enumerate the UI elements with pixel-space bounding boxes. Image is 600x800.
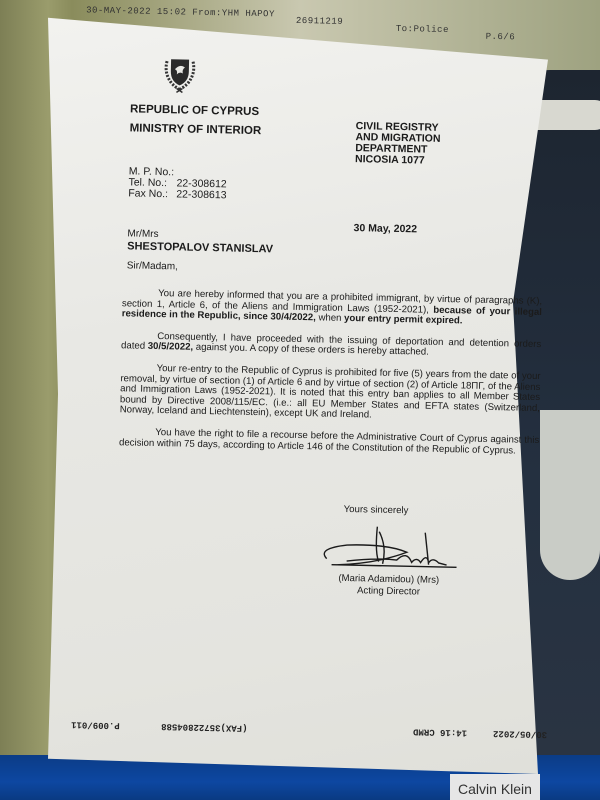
cyprus-coat-of-arms-icon — [159, 55, 200, 94]
footer-fax-id: (FAX)35722804588 — [161, 721, 248, 733]
department-line: NICOSIA 1077 — [355, 154, 440, 167]
addressee: Mr/Mrs SHESTOPALOV STANISLAV — [127, 228, 273, 255]
fax-to: To:Police — [396, 24, 449, 35]
footer-time: 14:16 CRMD — [413, 726, 467, 737]
contact-info: M. P. No.: Tel. No.:22-308612 Fax No.:22… — [128, 166, 227, 201]
fax-value: 22-308613 — [176, 189, 226, 201]
letter-body: You are hereby informed that you are a p… — [119, 288, 542, 468]
signature — [316, 520, 467, 578]
paragraph-prohibited-immigrant: You are hereby informed that you are a p… — [122, 288, 543, 329]
fax-number: 26911219 — [296, 16, 343, 27]
department-address: CIVIL REGISTRY AND MIGRATION DEPARTMENT … — [355, 121, 441, 167]
salutation: Sir/Madam, — [127, 260, 178, 272]
paragraph-entry-ban: Your re-entry to the Republic of Cyprus … — [120, 363, 541, 425]
signer-block: (Maria Adamidou) (Mrs) Acting Director — [326, 573, 451, 600]
letterhead-ministry: MINISTRY OF INTERIOR — [129, 119, 261, 141]
addressee-name: SHESTOPALOV STANISLAV — [127, 240, 273, 255]
letter: 30-MAY-2022 15:02 From:YHM ΗΑΡΟΥ 2691121… — [0, 0, 600, 800]
paragraph-recourse: You have the right to file a recourse be… — [119, 427, 539, 457]
letter-date: 30 May, 2022 — [353, 222, 417, 235]
footer-page: P.009/011 — [71, 719, 120, 730]
paragraph-deportation-orders: Consequently, I have proceeded with the … — [121, 331, 541, 361]
footer-date: 30/05/2022 — [493, 728, 547, 739]
letterhead: REPUBLIC OF CYPRUS MINISTRY OF INTERIOR — [129, 100, 261, 141]
closing: Yours sincerely — [344, 504, 409, 516]
fax-label: Fax No.: — [128, 188, 176, 200]
fax-timestamp: 30-MAY-2022 15:02 From:YHM ΗΑΡΟΥ — [86, 5, 275, 19]
fax-page: P.6/6 — [486, 32, 516, 43]
